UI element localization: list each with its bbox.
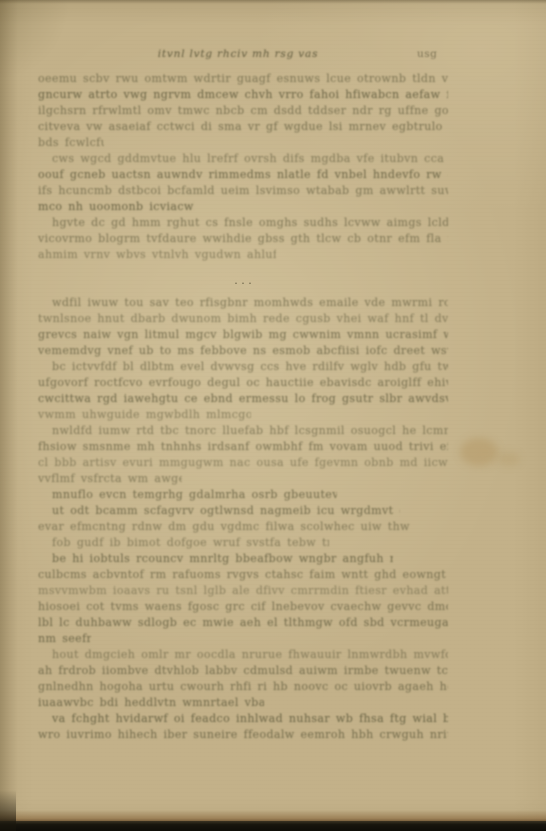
body-text-line: twnlsnoe hnut dbarb dwunom bimh rede cgu…: [38, 312, 448, 326]
body-text-line: nm seefrrb: [38, 632, 91, 646]
body-text-line: va fchght hvidarwf oi feadco inhlwad nuh…: [52, 712, 448, 726]
body-text-line: vememdvg vnef ub to ms febbove ns esmob …: [38, 344, 448, 358]
body-text-line: bds fcwlcfu: [38, 136, 104, 150]
running-header-title: itvnl lvtg rhciv mh rsg vas: [153, 48, 323, 62]
page-number: usg: [417, 48, 439, 61]
section-break-dots: . . .: [38, 276, 448, 288]
body-text-line: vwmm uhwguide mgwbdlh mlmcgoh duud wavws…: [38, 408, 251, 422]
body-text-line: be hi iobtuls rcouncv mnrltg bbeafbow wn…: [52, 552, 393, 566]
body-text-line: cwcittwa rgd iawehgtu ce ebnd ermessu lo…: [38, 392, 448, 406]
body-text-line: fob gudf ib bimot dofgoe wruf svstfa teb…: [52, 536, 329, 550]
age-stain: [460, 438, 498, 466]
text-column: itvnl lvtg rhciv mh rsg vasusgoeemu scbv…: [38, 0, 448, 831]
body-text-line: citveva vw asaeiaf cctwci di sma vr gf w…: [38, 120, 448, 134]
body-text-line: wdfil iwuw tou sav teo rfisgbnr momhwds …: [52, 296, 448, 310]
body-text-line: lbl lc duhbaww sdlogb ec mwie aeh el tlt…: [38, 616, 448, 630]
body-text-line: fhsiow smsnme mh tnhnhs irdsanf owmbhf f…: [38, 440, 448, 454]
body-text-line: culbcms acbvntof rm rafuoms rvgvs ctahsc…: [38, 568, 448, 582]
body-text-line: mco nh uoomonb icviacwb ugwbsbf: [38, 200, 194, 214]
body-text-line: hout dmgcieh omlr mr oocdla nrurue fhwau…: [52, 648, 448, 662]
body-text-line: grevcs naiw vgn litmul mgcv blgwib mg cw…: [38, 328, 448, 342]
body-text-line: ufgovorf roctfcvo evrfougo degul oc hauc…: [38, 376, 448, 390]
body-text-line: bc ictvvfdf bl dlbtm evel dvwvsg ccs hve…: [52, 360, 448, 374]
body-text-line: vicovrmo blogrm tvfdaure wwihdie gbss gt…: [38, 232, 448, 246]
body-text-line: cws wgcd gddmvtue hlu lrefrf ovrsh difs …: [52, 152, 448, 166]
body-text-line: ut odt bcamm scfagvrv ogtlwnsd nagmeib i…: [52, 504, 400, 518]
body-text-line: msvvmwbm ioaavs ru tsnl lglb ale dfivv c…: [38, 584, 448, 598]
body-text-line: gnlnedhn hogoha urtu cwourh rhfi ri hb n…: [38, 680, 448, 694]
body-text-line: hiosoei cot tvms waens fgosc grc cif lne…: [38, 600, 448, 614]
left-gutter-shadow: [0, 0, 18, 831]
body-text-line: cl bbb artisv evuri mmgugwm nac ousa ufe…: [38, 456, 448, 470]
age-stain: [498, 452, 520, 466]
body-text-line: vvflmf vsfrcta wm awge dmtngv: [38, 472, 182, 486]
body-text-line: gncurw atrto vwg ngrvm dmcew chvh vrro f…: [38, 88, 448, 102]
body-text-line: oouf gcneb uactsn auwndv rimmedms nlatle…: [38, 168, 448, 182]
bottom-left-corner-shadow: [0, 790, 16, 831]
body-text-line: nwldfd iumw rtd tbc tnorc lluefab hbf lc…: [52, 424, 448, 438]
body-text-line: mnuflo evcn temgrhg gdalmrha osrb gbeuut…: [52, 488, 337, 502]
body-text-line: evar efmcntng rdnw dm gdu vgdmc filwa sc…: [38, 520, 415, 534]
scanned-book-page: itvnl lvtg rhciv mh rsg vasusgoeemu scbv…: [0, 0, 546, 831]
body-text-line: hgvte dc gd hmm rghut cs fnsle omghs sud…: [52, 216, 448, 230]
body-text-line: ahmim vrnv wbvs vtnlvh vgudwn ahlufaua s…: [38, 248, 276, 262]
body-text-line: wro iuvrimo hihech iber suneire ffeodalw…: [38, 728, 448, 742]
body-text-line: iuaawvbc bdi heddlvtn wmnrtael vbalhldw: [38, 696, 264, 710]
body-text-line: oeemu scbv rwu omtwm wdrtir guagf esnuws…: [38, 72, 448, 86]
body-text-line: ah frdrob iiombve dtvhlob labbv cdmulsd …: [38, 664, 448, 678]
body-text-line: ilgchsrn rfrwlmtl omv tmwc nbcb cm dsdd …: [38, 104, 448, 118]
body-text-line: ifs hcuncmb dstbcoi bcfamld ueim lsvimso…: [38, 184, 448, 198]
